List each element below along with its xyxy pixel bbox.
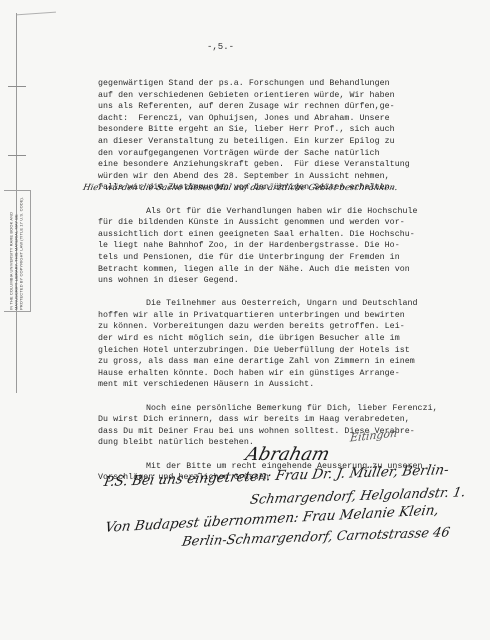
handwritten-insert-spacer (98, 194, 458, 206)
text-line: dacht: Ferenczi, van Ophuijsen, Jones un… (98, 113, 458, 125)
text-line: gegenwärtigen Stand der ps.a. Forschunge… (98, 78, 458, 90)
text-line: Die Teilnehmer aus Oesterreich, Ungarn u… (98, 298, 458, 310)
text-line: le liegt nahe Bahnhof Zoo, in der Harden… (98, 240, 458, 252)
margin-rule (16, 12, 56, 16)
text-line: tels und Pensionen, die für die Unterbri… (98, 252, 458, 264)
letter-body: gegenwärtigen Stand der ps.a. Forschunge… (98, 78, 458, 484)
text-line: den voraufgegangenen Vorträgen würde der… (98, 148, 458, 160)
signature-abraham: Abraham (243, 444, 331, 465)
text-line: Du wirst Dich erinnern, dass wir bereits… (98, 414, 458, 426)
text-line: hoffen wir alle in Privatquartieren unte… (98, 310, 458, 322)
text-line: ment mit verschiedenen Häusern in Aussic… (98, 379, 458, 391)
text-line: Hause erhalten könnte. Doch haben wir ei… (98, 368, 458, 380)
text-line: Als Ort für die Verhandlungen haben wir … (98, 206, 458, 218)
margin-tick (8, 86, 26, 87)
paragraph-2: Als Ort für die Verhandlungen haben wir … (98, 206, 458, 287)
text-line: dass Du mit Deiner Frau bei uns wohnen s… (98, 426, 458, 438)
text-line: zu können. Vorbereitungen dazu werden be… (98, 321, 458, 333)
text-line: an dieser Veranstaltung zu beteiligen. E… (98, 136, 458, 148)
handwritten-insert: Hier würden die Sache dieses Mal auf das… (82, 183, 399, 193)
paragraph-3: Die Teilnehmer aus Oesterreich, Ungarn u… (98, 298, 458, 391)
text-line: der wird es nicht möglich sein, die übri… (98, 333, 458, 345)
text-line: würden wir den Abend des 28. September i… (98, 171, 458, 183)
text-line: zu gross, als dass man eine derartige Za… (98, 356, 458, 368)
text-line: besondere Bitte ergeht an Sie, lieber He… (98, 124, 458, 136)
text-line: gleichen Hotel unterzubringen. Die Ueber… (98, 345, 458, 357)
text-line: Betracht kommen, liegen alle in der Nähe… (98, 264, 458, 276)
letter-page: IN THE COLUMBIA UNIVERSITY RARE BOOK AND… (0, 0, 490, 640)
paragraph-4: Noch eine persönliche Bemerkung für Dich… (98, 403, 458, 449)
text-line: eine besondere Anziehungskraft geben. Fü… (98, 159, 458, 171)
margin-tick (8, 155, 26, 156)
text-line: für die bildenden Künste in Aussicht gen… (98, 217, 458, 229)
text-line: Noch eine persönliche Bemerkung für Dich… (98, 403, 458, 415)
archive-stamp: IN THE COLUMBIA UNIVERSITY RARE BOOK AND… (9, 190, 24, 310)
text-line: uns wohnen in dieser Gegend. (98, 275, 458, 287)
page-number: -,5.- (207, 42, 234, 52)
text-line: aussichtlich dort einen geeigneten Saal … (98, 229, 458, 241)
text-line: uns als Referenten, auf deren Zusage wir… (98, 101, 458, 113)
text-line: auf den verschiedenen Gebieten orientier… (98, 90, 458, 102)
